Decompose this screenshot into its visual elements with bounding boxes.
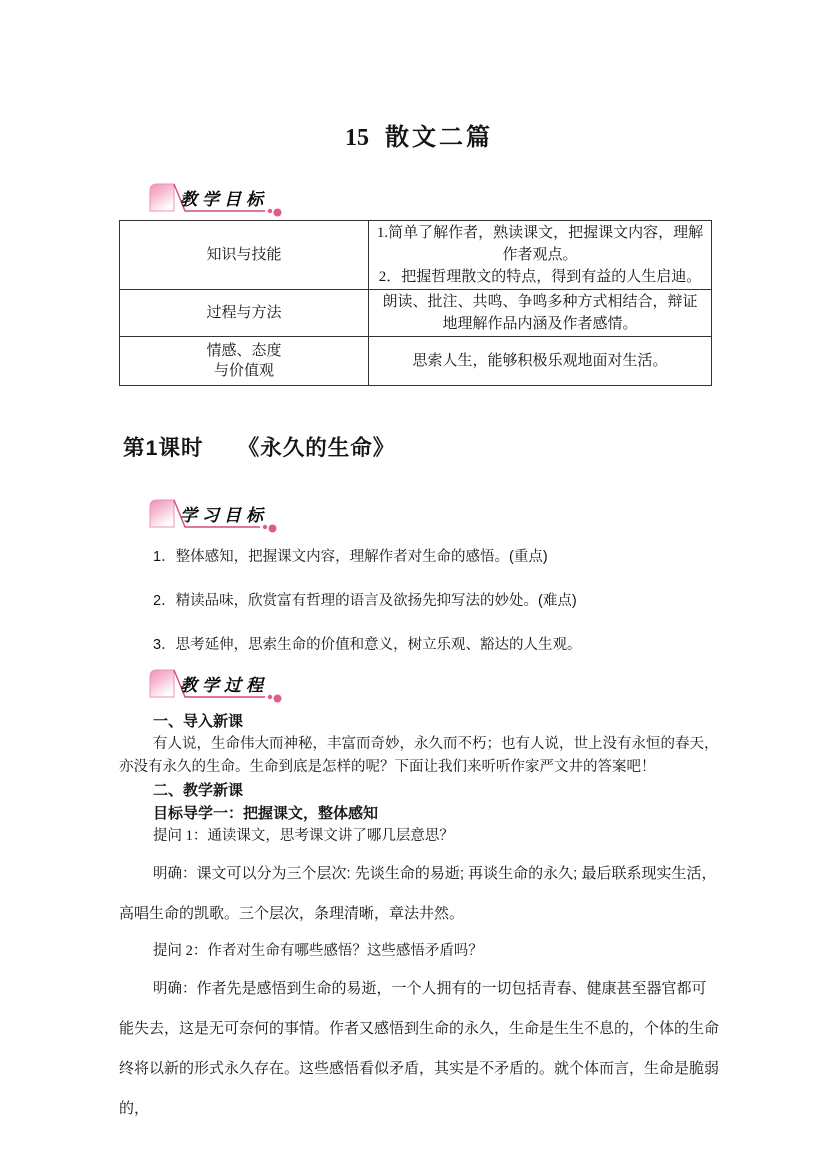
badge-label: 学习目标 bbox=[180, 501, 268, 526]
goal-category-label: 过程与方法 bbox=[121, 303, 367, 323]
table-row: 情感、态度 与价值观 思索人生，能够积极乐观地面对生活。 bbox=[120, 337, 712, 386]
goal-content-cell: 思索人生，能够积极乐观地面对生活。 bbox=[369, 337, 712, 386]
objective-item: 1．整体感知，把握课文内容，理解作者对生命的感悟。(重点) bbox=[153, 546, 719, 569]
question-1: 提问 1：通读课文，思考课文讲了哪几层意思？ bbox=[119, 825, 719, 848]
section-badge-teaching-goals: 教学目标 bbox=[147, 182, 297, 220]
goal-category-label: 与价值观 bbox=[121, 361, 367, 381]
lesson-period-heading: 第1课时 《永久的生命》 bbox=[123, 431, 719, 462]
lesson-title-text: 散文二篇 bbox=[385, 124, 493, 151]
section-badge-learning-goals: 学习目标 bbox=[147, 498, 297, 536]
objective-item: 3．思考延伸，思索生命的价值和意义，树立乐观、豁达的人生观。 bbox=[153, 634, 719, 657]
answer-label: 明确： bbox=[153, 981, 197, 997]
goal-category-cell: 知识与技能 bbox=[120, 221, 369, 290]
answer-2: 明确：作者先是感悟到生命的易逝，一个人拥有的一切包括青春、健康甚至器官都可能失去… bbox=[119, 969, 719, 1129]
goal-content-item: 朗读、批注、共鸣、争鸣多种方式相结合，辩证地理解作品内涵及作者感情。 bbox=[376, 291, 704, 335]
goal-content-cell: 朗读、批注、共鸣、争鸣多种方式相结合，辩证地理解作品内涵及作者感情。 bbox=[369, 290, 712, 337]
process-heading-intro: 一、导入新课 bbox=[119, 710, 719, 733]
intro-paragraph: 有人说，生命伟大而神秘，丰富而奇妙，永久而不朽；也有人说，世上没有永恒的春天，亦… bbox=[119, 733, 719, 779]
answer-1: 明确：课文可以分为三个层次: 先谈生命的易逝; 再谈生命的永久; 最后联系现实生… bbox=[119, 854, 719, 934]
learning-objectives-list: 1．整体感知，把握课文内容，理解作者对生命的感悟。(重点) 2．精读品味，欣赏富… bbox=[119, 546, 719, 657]
answer-text: 课文可以分为三个层次: 先谈生命的易逝; 再谈生命的永久; 最后联系现实生活，高… bbox=[119, 865, 717, 922]
answer-text: 作者先是感悟到生命的易逝，一个人拥有的一切包括青春、健康甚至器官都可能失去，这是… bbox=[119, 980, 719, 1117]
guide-one-heading: 目标导学一：把握课文，整体感知 bbox=[119, 802, 719, 825]
page-title: 15散文二篇 bbox=[119, 122, 719, 154]
process-heading-newlesson: 二、教学新课 bbox=[119, 779, 719, 802]
teaching-goals-table: 知识与技能 1.简单了解作者，熟读课文，把握课文内容，理解作者观点。 2．把握哲… bbox=[119, 220, 712, 386]
table-row: 知识与技能 1.简单了解作者，熟读课文，把握课文内容，理解作者观点。 2．把握哲… bbox=[120, 221, 712, 290]
goal-category-label: 知识与技能 bbox=[121, 245, 367, 265]
lesson-number: 15 bbox=[345, 125, 369, 151]
teaching-process-content: 一、导入新课 有人说，生命伟大而神秘，丰富而奇妙，永久而不朽；也有人说，世上没有… bbox=[119, 710, 719, 1129]
badge-label: 教学过程 bbox=[180, 671, 268, 696]
goal-category-cell: 情感、态度 与价值观 bbox=[120, 337, 369, 386]
document-page: 15散文二篇 教学目标 知识与技能 1.简单了解作者，熟读课文 bbox=[0, 0, 827, 1169]
goal-category-label: 情感、态度 bbox=[121, 341, 367, 361]
table-row: 过程与方法 朗读、批注、共鸣、争鸣多种方式相结合，辩证地理解作品内涵及作者感情。 bbox=[120, 290, 712, 337]
goal-content-item: 2．把握哲理散文的特点，得到有益的人生启迪。 bbox=[376, 266, 704, 288]
goal-content-item: 1.简单了解作者，熟读课文，把握课文内容，理解作者观点。 bbox=[376, 222, 704, 266]
question-2: 提问 2：作者对生命有哪些感悟？这些感悟矛盾吗？ bbox=[119, 940, 719, 963]
goal-content-item: 思索人生，能够积极乐观地面对生活。 bbox=[376, 350, 704, 372]
goal-content-cell: 1.简单了解作者，熟读课文，把握课文内容，理解作者观点。 2．把握哲理散文的特点… bbox=[369, 221, 712, 290]
objective-item: 2．精读品味，欣赏富有哲理的语言及欲扬先抑写法的妙处。(难点) bbox=[153, 590, 719, 613]
answer-label: 明确： bbox=[153, 866, 197, 882]
section-badge-teaching-process: 教学过程 bbox=[147, 668, 297, 706]
badge-label: 教学目标 bbox=[180, 185, 268, 210]
goal-category-cell: 过程与方法 bbox=[120, 290, 369, 337]
